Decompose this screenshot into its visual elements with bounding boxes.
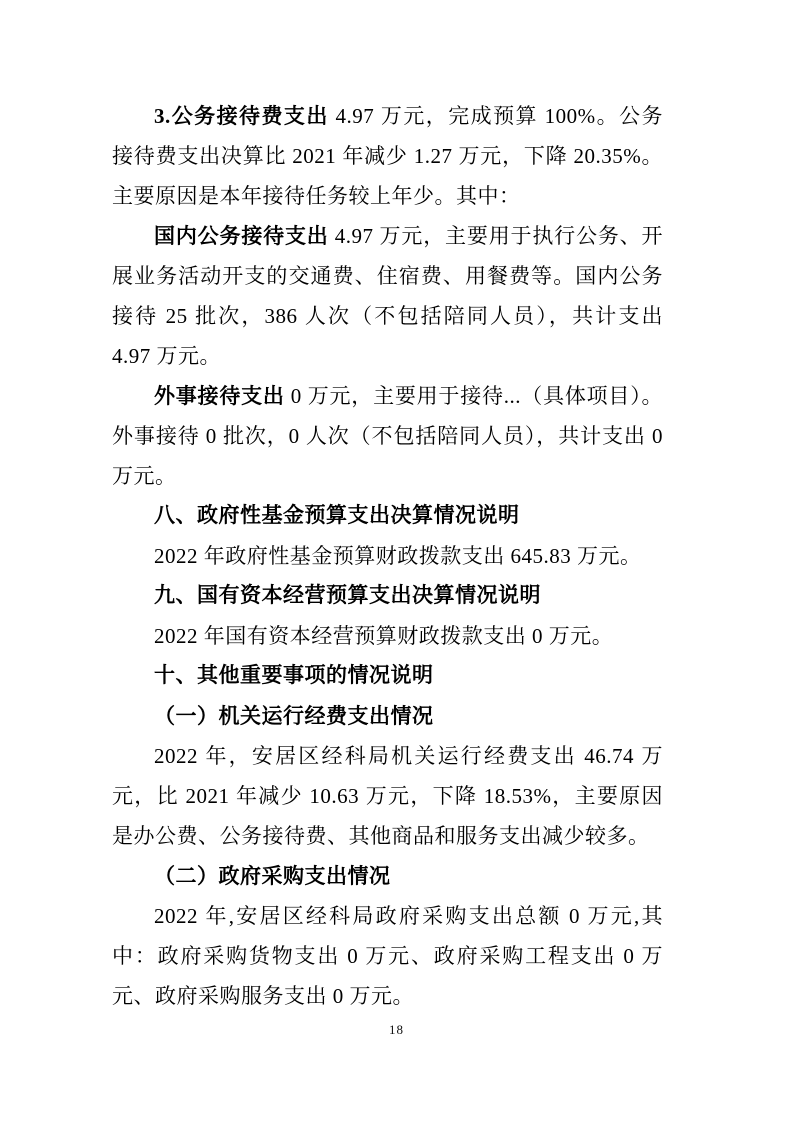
paragraph-reception-expense-summary: 3.公务接待费支出 4.97 万元，完成预算 100%。公务接待费支出决算比 2… xyxy=(112,96,663,216)
paragraph-bold-lead: 外事接待支出 xyxy=(154,384,285,408)
paragraph-bold-lead: 3.公务接待费支出 xyxy=(154,104,329,128)
paragraph-foreign-reception: 外事接待支出 0 万元，主要用于接待...（具体项目）。外事接待 0 批次，0 … xyxy=(112,376,663,496)
heading-subsection-1-operating-expense: （一）机关运行经费支出情况 xyxy=(112,696,663,736)
heading-section-8-govt-fund-budget: 八、政府性基金预算支出决算情况说明 xyxy=(112,496,663,536)
document-page: 3.公务接待费支出 4.97 万元，完成预算 100%。公务接待费支出决算比 2… xyxy=(0,0,793,1122)
paragraph-bold-lead: 国内公务接待支出 xyxy=(154,224,329,248)
heading-subsection-2-procurement: （二）政府采购支出情况 xyxy=(112,856,663,896)
document-content: 3.公务接待费支出 4.97 万元，完成预算 100%。公务接待费支出决算比 2… xyxy=(112,96,663,1016)
paragraph-domestic-reception: 国内公务接待支出 4.97 万元，主要用于执行公务、开展业务活动开支的交通费、住… xyxy=(112,216,663,376)
paragraph-govt-fund-expenditure: 2022 年政府性基金预算财政拨款支出 645.83 万元。 xyxy=(112,536,663,576)
page-number: 18 xyxy=(0,1022,793,1038)
heading-section-9-state-capital-budget: 九、国有资本经营预算支出决算情况说明 xyxy=(112,576,663,616)
heading-section-10-other-matters: 十、其他重要事项的情况说明 xyxy=(112,656,663,696)
paragraph-govt-procurement: 2022 年,安居区经科局政府采购支出总额 0 万元,其中：政府采购货物支出 0… xyxy=(112,896,663,1016)
paragraph-agency-operating-expense: 2022 年，安居区经科局机关运行经费支出 46.74 万元，比 2021 年减… xyxy=(112,736,663,856)
paragraph-state-capital-expenditure: 2022 年国有资本经营预算财政拨款支出 0 万元。 xyxy=(112,616,663,656)
